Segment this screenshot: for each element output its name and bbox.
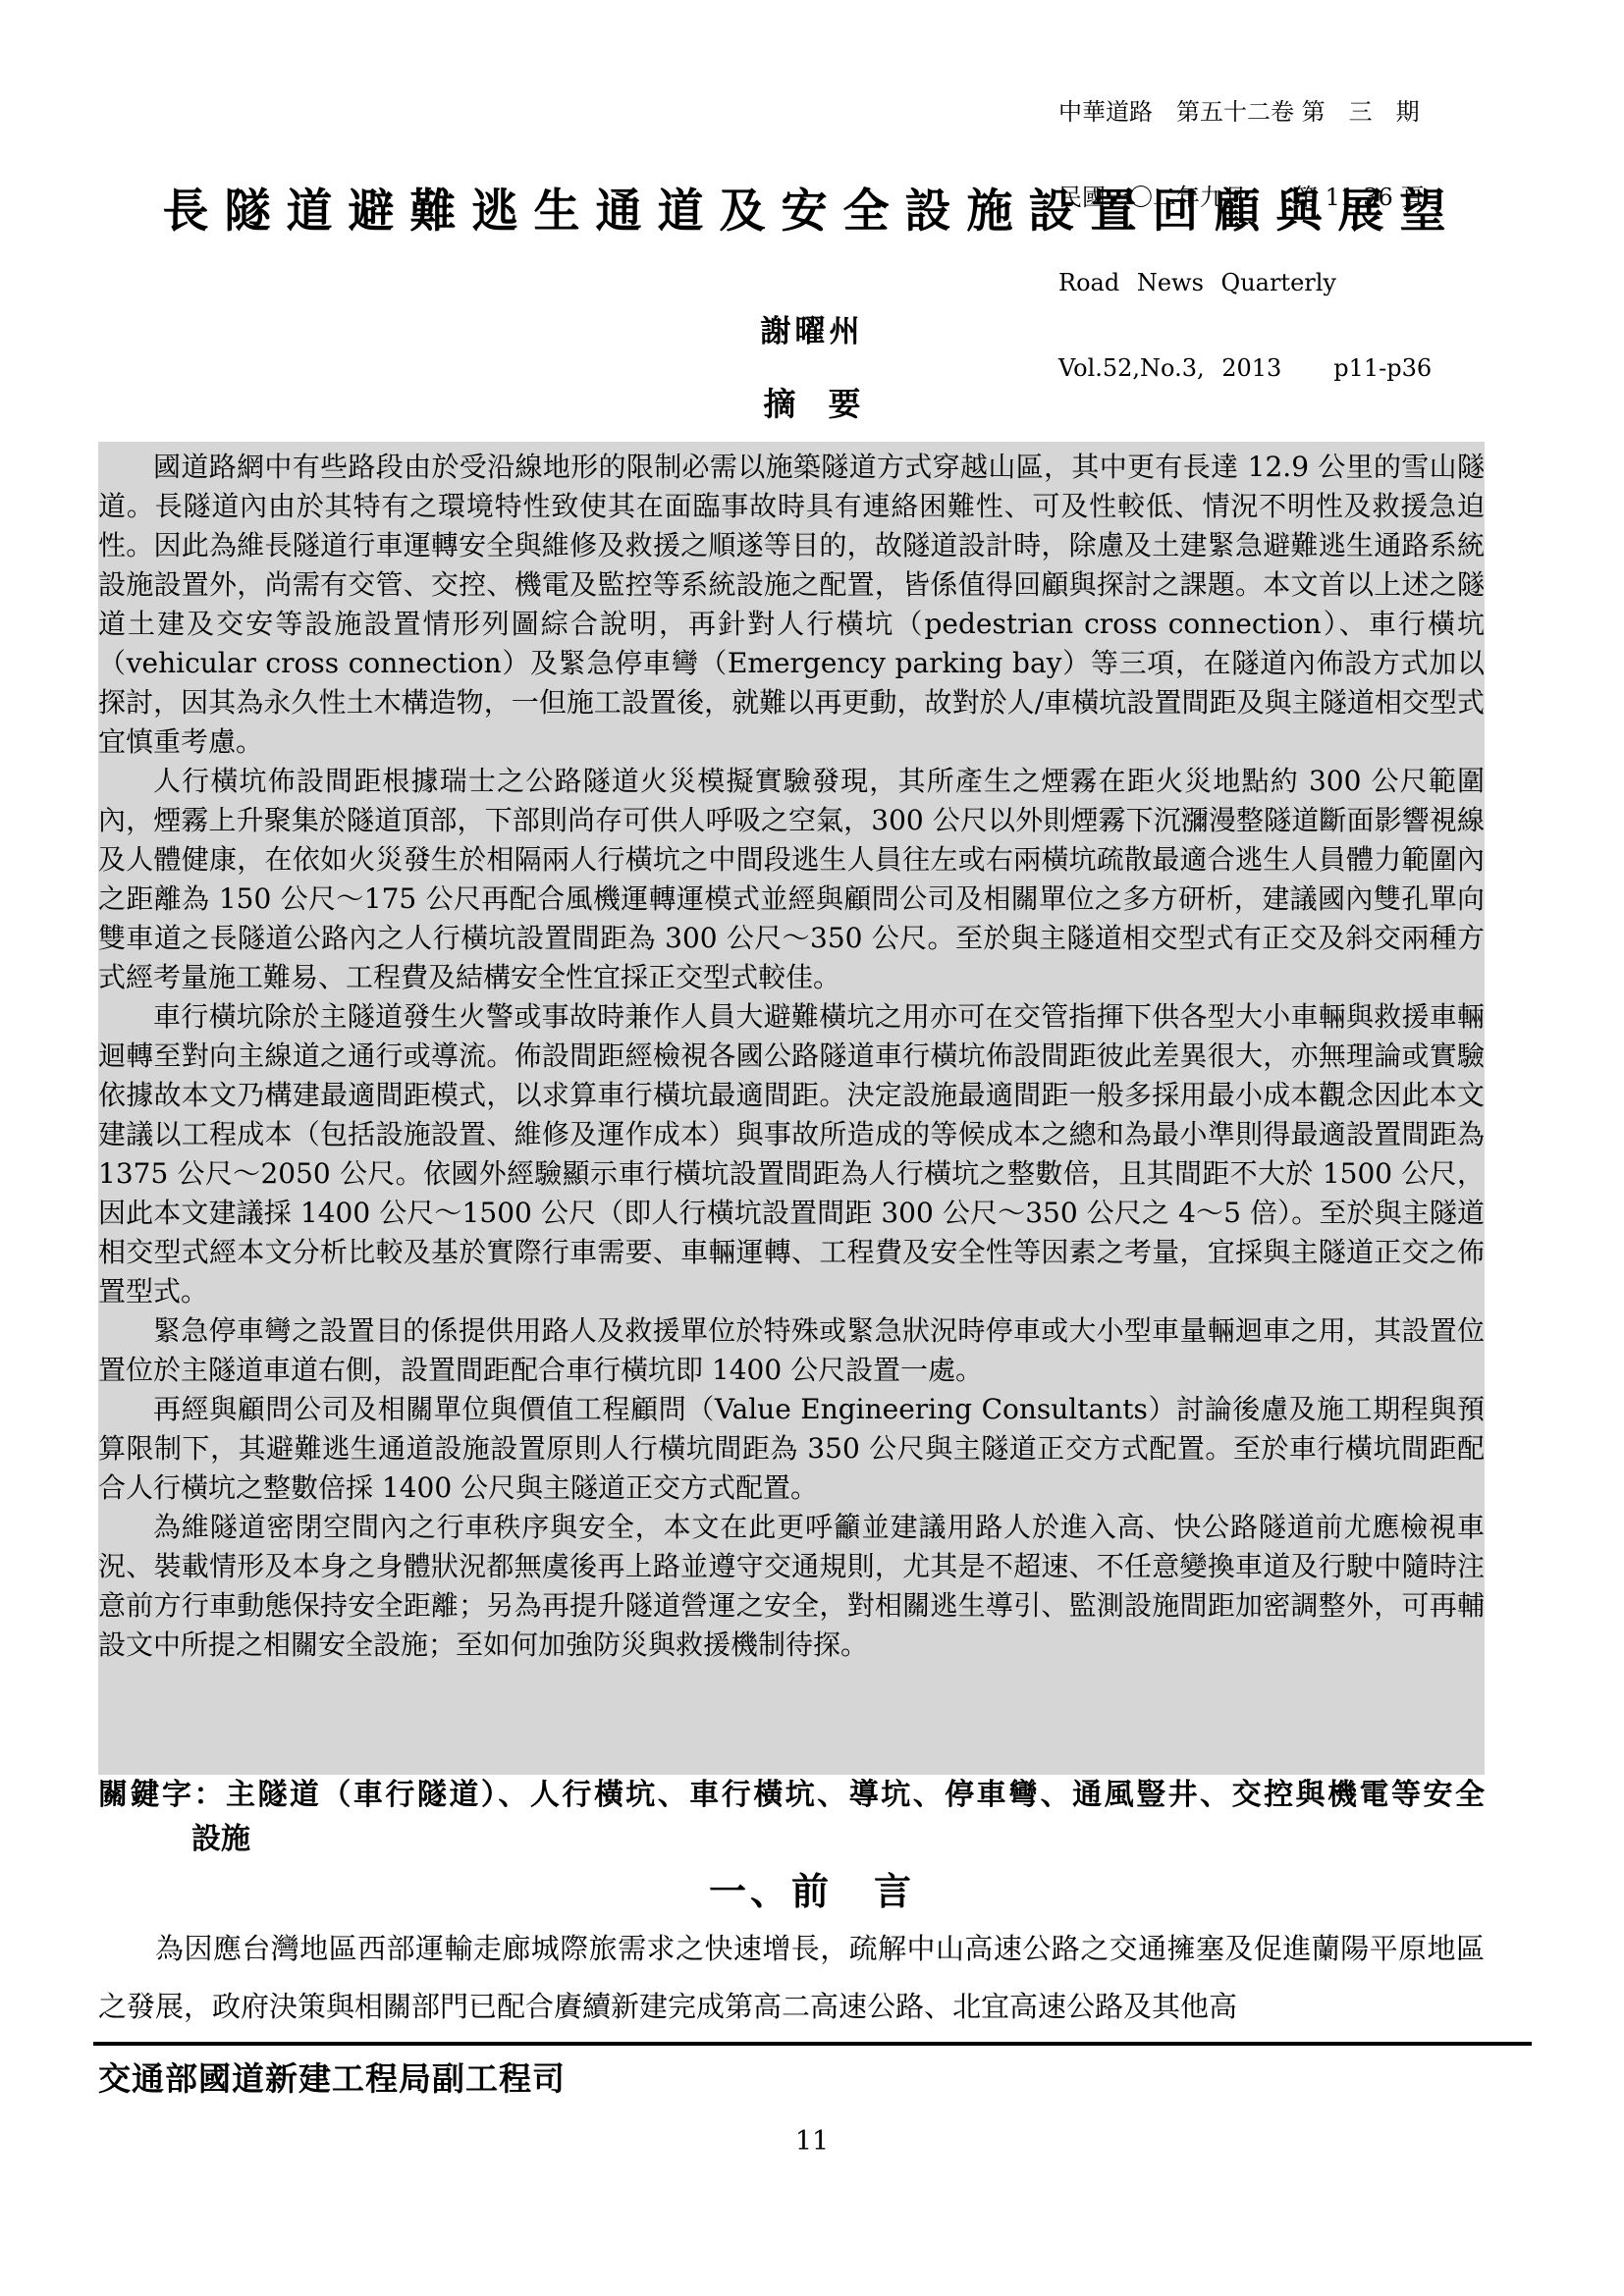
footer-divider [93, 2042, 1532, 2046]
journal-header-line-zh1: 中華道路 第五十二卷 第 三 期 [1058, 98, 1432, 127]
author-name: 謝曜州 [0, 306, 1624, 350]
section-1-heading: 一、前 言 [0, 1861, 1624, 1915]
paper-page: 中華道路 第五十二卷 第 三 期 民國一〇二年九月 第 11-36 頁 Road… [0, 0, 1624, 2296]
abstract-heading: 摘 要 [0, 379, 1624, 425]
abstract-paragraph-1: 國道路網中有些路段由於受沿線地形的限制必需以施築隧道方式穿越山區，其中更有長達 … [98, 448, 1485, 762]
keywords-line-1: 關鍵字：主隧道（車行隧道）、人行橫坑、車行橫坑、導坑、停車彎、通風豎井、交控與機… [98, 1773, 1485, 1817]
author-affiliation: 交通部國道新建工程局副工程司 [98, 2054, 566, 2100]
keywords-block: 關鍵字：主隧道（車行隧道）、人行橫坑、車行橫坑、導坑、停車彎、通風豎井、交控與機… [98, 1773, 1485, 1861]
page-title: 長隧道避難逃生通道及安全設施設置回顧與展望 [0, 175, 1624, 240]
abstract-paragraph-4: 緊急停車彎之設置目的係提供用路人及救援單位於特殊或緊急狀況時停車或大小型車量輛迴… [98, 1311, 1485, 1390]
abstract-block: 國道路網中有些路段由於受沿線地形的限制必需以施築隧道方式穿越山區，其中更有長達 … [98, 442, 1485, 1775]
abstract-paragraph-3: 車行橫坑除於主隧道發生火警或事故時兼作人員大避難橫坑之用亦可在交管指揮下供各型大… [98, 997, 1485, 1311]
abstract-paragraph-6: 為維隧道密閉空間內之行車秩序與安全，本文在此更呼籲並建議用路人於進入高、快公路隧… [98, 1508, 1485, 1665]
keywords-line-2: 設施 [191, 1817, 1485, 1861]
journal-header-line-en1: Road News Quarterly [1058, 269, 1432, 297]
abstract-paragraph-2: 人行橫坑佈設間距根據瑞士之公路隧道火災模擬實驗發現，其所產生之煙霧在距火災地點約… [98, 762, 1485, 997]
section-1-paragraph: 為因應台灣地區西部運輸走廊城際旅需求之快速增長，疏解中山高速公路之交通擁塞及促進… [98, 1920, 1485, 2036]
abstract-paragraph-5: 再經與顧問公司及相關單位與價值工程顧問（Value Engineering Co… [98, 1390, 1485, 1508]
page-number: 11 [0, 2126, 1624, 2157]
